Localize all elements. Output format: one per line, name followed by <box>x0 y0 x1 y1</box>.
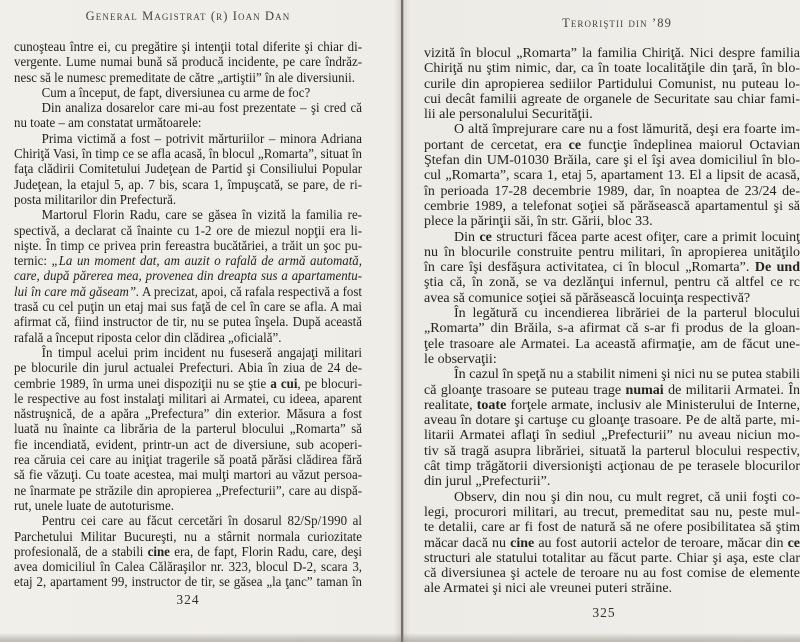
text-segment: cine <box>510 536 534 551</box>
text-segment: vergente. Lume numai bună să producă inc… <box>14 55 362 70</box>
text-line: Martorul Florin Radu, care se găsea în v… <box>14 208 362 223</box>
text-line-content: cât timp trăgătorii diversionişti acţion… <box>424 459 800 474</box>
text-line-content: năstruşnică, de a apăra „Prefectura” din… <box>14 407 362 422</box>
text-line: legi, procurori militari, au trecut, pre… <box>424 505 800 520</box>
text-segment: Martorul Florin Radu, care se găsea în v… <box>42 208 362 223</box>
text-segment: rafală a început riposta celor din clădi… <box>14 331 281 346</box>
text-line-content: vergente. Lume numai bună să producă inc… <box>14 55 362 70</box>
text-segment: În legătură cu incendierea librăriei de … <box>454 306 800 321</box>
text-line-content: nişte. În timp ce privea prin fereastra … <box>14 239 362 254</box>
text-segment: ternic: <box>14 254 52 269</box>
text-line-content: ţele trasoare ale Armatei. La această af… <box>424 337 800 352</box>
text-line-content: Cum a început, de fapt, diversiunea cu a… <box>42 86 311 101</box>
text-line: faţa clădirii Comitetului Judeţean de Pa… <box>14 162 362 177</box>
text-line: năstruşnică, de a apăra „Prefectura” din… <box>14 407 362 422</box>
text-segment: te detalii, care ar fi fost de natură să… <box>424 520 800 535</box>
text-line-content: cunoşteau între ei, cu pregătire şi inte… <box>14 40 362 55</box>
text-line: cul „Romarta”, scara 1, etaj 5, apartame… <box>424 168 800 183</box>
text-line-content: ale Armatei şi nici ale vreunei puteri s… <box>424 581 672 596</box>
text-segment: le observaţii: <box>424 352 497 367</box>
text-line-content: În timpul acelui prim incident nu fusese… <box>42 346 362 361</box>
text-segment: structuri ale statului totalitar au făcu… <box>424 551 800 566</box>
text-segment: rut, unele luate de autoturisme. <box>14 499 174 514</box>
text-line-content: ne înarmate pe străzile din apropierea „… <box>14 484 362 499</box>
text-segment: A precizat, apoi, că rafala respectivă a… <box>139 285 362 300</box>
text-line-content: le respective au fost instalaţi militari… <box>14 392 362 407</box>
text-segment: ce <box>788 536 800 551</box>
text-line: Observ, din nou şi din nou, cu mult regr… <box>424 490 800 505</box>
text-line: afirmat că, fiind instructor de tir, nu … <box>14 315 362 330</box>
book-scan: General Magistrat (r) Ioan Dan cunoşteau… <box>0 0 800 642</box>
text-segment: „La un moment dat, am auzit o rafală de … <box>52 254 362 269</box>
text-line: avea domiciliul în Calea Călăraşilor nr.… <box>14 560 362 575</box>
text-line-content: spectivă, a declarat că înainte cu 1-2 o… <box>14 224 362 239</box>
text-line-content: în care îşi desfăşura activitatea, ci în… <box>424 260 800 275</box>
text-line: avea să comunice soţiei să părăsească lo… <box>424 291 800 306</box>
text-line: te detalii, care ar fi fost de natură să… <box>424 520 800 535</box>
text-segment: plece la părinţii săi, în str. Gării, bl… <box>424 214 653 229</box>
text-line-content: Chiriţă nu ştim nimic, dar, ca în toate … <box>424 61 800 76</box>
text-segment: cembrie 1989, în urma unei dispoziţii nu… <box>14 377 270 392</box>
text-line-content: că gloanţe trasoare se puteau trage numa… <box>424 383 800 398</box>
text-line: aveau în dotare şi cartuşe cu gloanţe tr… <box>424 413 800 428</box>
text-line-content: Din ce structuri făcea parte acest ofiţe… <box>454 230 800 245</box>
text-line-content: Observ, din nou şi din nou, cu mult regr… <box>454 490 800 505</box>
text-segment: în care îşi desfăşura activitatea, ci în… <box>424 260 755 275</box>
text-line-content: litarii Armatei aflaţi în sediul „Prefec… <box>424 428 800 443</box>
text-segment: Judeţean, la etajul 5, ap. 7 bis, scara … <box>14 178 362 193</box>
text-line-content: cembrie 1989, a telefonat soţiei să pără… <box>424 199 800 214</box>
text-segment: cunoşteau între ei, cu pregătire şi inte… <box>14 40 362 55</box>
text-line-content: din jurul „Prefecturii”. <box>424 474 550 489</box>
text-line: Ştefan din UM-01030 Brăila, care şi el î… <box>424 153 800 168</box>
text-line: tiv să tragă asupra librăriei, situată l… <box>424 444 800 459</box>
text-segment: ce <box>569 138 581 153</box>
text-line: „Romarta” din Brăila, s-a afirmat că s-a… <box>424 321 800 336</box>
text-line: ne înarmate pe străzile din apropierea „… <box>14 484 362 499</box>
text-segment: pe blocurile din jurul actualei Prefectu… <box>14 361 362 376</box>
text-line: Din ce structuri făcea parte acest ofiţe… <box>424 230 800 245</box>
text-segment: avea domiciliul în Calea Călăraşilor nr.… <box>14 560 362 575</box>
text-line: care, după părerea mea, provenea din dre… <box>14 269 362 284</box>
text-segment: „Romarta” din Brăila, s-a afirmat că s-a… <box>424 321 800 336</box>
text-line-content: lii ale personalului Securităţii. <box>424 107 593 122</box>
text-line: cembrie 1989, în urma unei dispoziţii nu… <box>14 377 362 392</box>
text-segment: din jurul „Prefecturii”. <box>424 474 550 489</box>
text-line-content: faţa clădirii Comitetului Judeţean de Pa… <box>14 162 362 177</box>
text-line-content: avea să comunice soţiei să părăsească lo… <box>424 291 750 306</box>
text-line-content: rut, unele luate de autoturisme. <box>14 499 174 514</box>
text-segment: ştia că, în zonă, se va dezlănţui infern… <box>424 275 800 290</box>
text-line-content: Ştefan din UM-01030 Brăila, care şi el î… <box>424 153 800 168</box>
text-line: Judeţean, la etajul 5, ap. 7 bis, scara … <box>14 178 362 193</box>
text-segment: structuri făcea parte acest ofiţer, care… <box>492 230 800 245</box>
text-line: nesc să le numesc premeditate de către „… <box>14 71 362 86</box>
text-line: Parchetului Militar Bucureşti, nu a stâr… <box>14 530 362 545</box>
text-segment: nesc să le numesc premeditate de către „… <box>14 71 355 86</box>
text-line: portant de cercetat, era ce funcţie înde… <box>424 138 800 153</box>
text-line-content: cui decât familii agreate de organele de… <box>424 92 800 107</box>
text-segment: Chiriţă Vasi, în timp ce se afla acasă, … <box>14 147 362 162</box>
left-page-header: General Magistrat (r) Ioan Dan <box>14 9 362 24</box>
text-segment: Din analiza dosarelor care mi-au fost pr… <box>42 101 362 116</box>
text-line-content: În cazul în speţă nu a stabilit nimeni ş… <box>454 367 800 382</box>
text-segment: funcţie îndeplinea maiorul Octavian <box>581 138 800 153</box>
text-segment: litarii Armatei aflaţi în sediul „Prefec… <box>424 428 800 443</box>
text-line: nu în blocurile construite pentru milita… <box>424 245 800 260</box>
text-line: plece la părinţii săi, în str. Gării, bl… <box>424 214 800 229</box>
text-segment: În timpul acelui prim incident nu fusese… <box>42 346 362 361</box>
text-line-content: Parchetului Militar Bucureşti, nu a stâr… <box>14 530 362 545</box>
text-segment: au fost autorii actelor de teroare, măca… <box>534 536 787 551</box>
text-line: În timpul acelui prim incident nu fusese… <box>14 346 362 361</box>
text-segment: lui în care mă găseam”. <box>14 285 139 300</box>
text-segment: avea să comunice soţiei să părăsească lo… <box>424 291 750 306</box>
text-line: ţele trasoare ale Armatei. La această af… <box>424 337 800 352</box>
left-page-text: cunoşteau între ei, cu pregătire şi inte… <box>14 40 362 591</box>
text-segment: trasă cu cel puţin un etaj mai sus faţă … <box>14 300 362 315</box>
text-segment: Observ, din nou şi din nou, cu mult regr… <box>454 490 800 505</box>
text-segment: că gloanţe trasoare se puteau trage <box>424 383 626 398</box>
text-line: le observaţii: <box>424 352 800 367</box>
text-segment: , pe blocuri- <box>297 377 362 392</box>
text-segment: ne înarmate pe străzile din apropierea „… <box>14 484 362 499</box>
text-segment: tiv să tragă asupra librăriei, situată l… <box>424 444 800 459</box>
text-segment: ce <box>479 230 491 245</box>
text-line-content: realitate, toate forţele armate, inclusi… <box>424 398 800 413</box>
text-line-content: plece la părinţii săi, în str. Gării, bl… <box>424 214 653 229</box>
text-line-content: luată nu înainte ca librăria de la parte… <box>14 422 362 437</box>
text-line-content: afirmat că, fiind instructor de tir, nu … <box>14 315 362 330</box>
text-line: profesională, de a stabili cine era, de … <box>14 545 362 560</box>
text-segment: curile din apropierea sediilor Partidulu… <box>424 77 800 92</box>
text-segment: nu în blocurile construite pentru milita… <box>424 245 800 260</box>
text-line-content: Din analiza dosarelor care mi-au fost pr… <box>42 101 362 116</box>
text-line-content: rafală a început riposta celor din clădi… <box>14 331 281 346</box>
text-segment: ţele trasoare ale Armatei. La această af… <box>424 337 800 352</box>
text-segment: De und <box>755 260 800 275</box>
text-segment: forţele armate, inclusiv ale Ministerulu… <box>506 398 800 413</box>
text-line: le respective au fost instalaţi militari… <box>14 392 362 407</box>
text-line-content: posta militarilor din Prefectură. <box>14 193 176 208</box>
text-line-content: vizită în blocul „Romarta” la familia Ch… <box>424 46 800 61</box>
text-line-content: nesc să le numesc premeditate de către „… <box>14 71 355 86</box>
text-line-content: lui în care mă găseam”. A precizat, apoi… <box>14 285 362 300</box>
text-segment: nişte. În timp ce privea prin fereastra … <box>14 239 362 254</box>
text-line: cât timp trăgătorii diversionişti acţion… <box>424 459 800 474</box>
text-segment: posta militarilor din Prefectură. <box>14 193 176 208</box>
text-line: cunoşteau între ei, cu pregătire şi inte… <box>14 40 362 55</box>
text-line: nu toate – am constatat următoarele: <box>14 116 362 131</box>
text-line: Chiriţă nu ştim nimic, dar, ca în toate … <box>424 61 800 76</box>
text-line: ternic: „La un moment dat, am auzit o ra… <box>14 254 362 269</box>
text-line-content: Pentru cei care au făcut cercetări în do… <box>42 514 362 529</box>
text-line-content: te detalii, care ar fi fost de natură să… <box>424 520 800 535</box>
text-line: rut, unele luate de autoturisme. <box>14 499 362 514</box>
text-line: lui în care mă găseam”. A precizat, apoi… <box>14 285 362 300</box>
text-line: rafală a început riposta celor din clădi… <box>14 331 362 346</box>
text-segment: Ştefan din UM-01030 Brăila, care şi el î… <box>424 153 800 168</box>
text-segment: lii ale personalului Securităţii. <box>424 107 593 122</box>
text-segment: în perioada 17-28 decembrie 1989, dar, î… <box>424 184 800 199</box>
text-line-content: Chiriţă Vasi, în timp ce se afla acasă, … <box>14 147 362 162</box>
text-line: cembrie 1989, a telefonat soţiei să pără… <box>424 199 800 214</box>
text-line: Prima victimă a fost – potrivit mărturii… <box>14 132 362 147</box>
text-line-content: O altă împrejurare care nu a fost lămuri… <box>454 122 800 137</box>
left-page-number: 324 <box>14 592 362 608</box>
text-line: posta militarilor din Prefectură. <box>14 193 362 208</box>
text-segment: etaj 2, apartament 99, instructor de tir… <box>14 575 362 590</box>
text-segment: Prima victimă a fost – potrivit mărturii… <box>42 132 362 147</box>
right-page-header: Teroriştii din ’89 <box>424 16 784 31</box>
text-line: fie incendiată, evident, printr-un act d… <box>14 438 362 453</box>
text-line: să fie văzuţi. Cu toate acestea, mai mul… <box>14 468 362 483</box>
text-segment: cul „Romarta”, scara 1, etaj 5, apartame… <box>424 168 800 183</box>
text-line-content: le observaţii: <box>424 352 497 367</box>
text-line: Chiriţă Vasi, în timp ce se afla acasă, … <box>14 147 362 162</box>
text-segment: vizită în blocul „Romarta” la familia Ch… <box>424 46 800 61</box>
text-segment: fie incendiată, evident, printr-un act d… <box>14 438 362 453</box>
text-line-content: cul „Romarta”, scara 1, etaj 5, apartame… <box>424 168 800 183</box>
text-line-content: trasă cu cel puţin un etaj mai sus faţă … <box>14 300 362 315</box>
text-line: că diversiunea şi actele de teroare nu a… <box>424 566 800 581</box>
text-line: realitate, toate forţele armate, inclusi… <box>424 398 800 413</box>
text-line-content: tiv să tragă asupra librăriei, situată l… <box>424 444 800 459</box>
text-line-content: ştia că, în zonă, se va dezlănţui infern… <box>424 275 800 290</box>
text-segment: profesională, de a stabili <box>14 545 148 560</box>
text-line-content: cembrie 1989, în urma unei dispoziţii nu… <box>14 377 362 392</box>
text-segment: a cui <box>270 377 297 392</box>
text-line: trasă cu cel puţin un etaj mai sus faţă … <box>14 300 362 315</box>
text-segment: le respective au fost instalaţi militari… <box>14 392 362 407</box>
text-line: nişte. În timp ce privea prin fereastra … <box>14 239 362 254</box>
text-line: rea căruia cei care au iniţiat tragerile… <box>14 453 362 468</box>
text-line: cui decât familii agreate de organele de… <box>424 92 800 107</box>
text-line-content: să fie văzuţi. Cu toate acestea, mai mul… <box>14 468 362 483</box>
text-line-content: ternic: „La un moment dat, am auzit o ra… <box>14 254 362 269</box>
right-page-text: vizită în blocul „Romarta” la familia Ch… <box>424 46 800 597</box>
text-segment: Pentru cei care au făcut cercetări în do… <box>42 514 362 529</box>
page-gutter <box>394 0 410 642</box>
text-segment: măcar dacă nu <box>424 536 510 551</box>
text-segment: spectivă, a declarat că înainte cu 1-2 o… <box>14 224 362 239</box>
text-segment: era, de fapt, Florin Radu, care, deşi <box>170 545 362 560</box>
text-line-content: Prima victimă a fost – potrivit mărturii… <box>42 132 362 147</box>
text-segment: Parchetului Militar Bucureşti, nu a stâr… <box>14 530 362 545</box>
text-segment: aveau în dotare şi cartuşe cu gloanţe tr… <box>424 413 800 428</box>
text-line: curile din apropierea sediilor Partidulu… <box>424 77 800 92</box>
text-segment: că diversiunea şi actele de teroare nu a… <box>424 566 800 581</box>
text-segment: Din <box>454 230 479 245</box>
text-line-content: măcar dacă nu cine au fost autorii actel… <box>424 536 800 551</box>
text-segment: realitate, <box>424 398 477 413</box>
text-line: vergente. Lume numai bună să producă inc… <box>14 55 362 70</box>
text-line-content: etaj 2, apartament 99, instructor de tir… <box>14 575 362 590</box>
text-line: din jurul „Prefecturii”. <box>424 474 800 489</box>
text-segment: portant de cercetat, era <box>424 138 569 153</box>
right-page-number: 325 <box>424 605 784 621</box>
text-segment: afirmat că, fiind instructor de tir, nu … <box>14 315 362 330</box>
text-segment: faţa clădirii Comitetului Judeţean de Pa… <box>14 162 362 177</box>
text-segment: Chiriţă nu ştim nimic, dar, ca în toate … <box>424 61 800 76</box>
text-segment: cembrie 1989, a telefonat soţiei să pără… <box>424 199 800 214</box>
text-line-content: fie incendiată, evident, printr-un act d… <box>14 438 362 453</box>
text-line-content: avea domiciliul în Calea Călăraşilor nr.… <box>14 560 362 575</box>
text-segment: luată nu înainte ca librăria de la parte… <box>14 422 362 437</box>
text-segment: cât timp trăgătorii diversionişti acţion… <box>424 459 800 474</box>
text-segment: rea căruia cei care au iniţiat tragerile… <box>14 453 362 468</box>
text-line-content: legi, procurori militari, au trecut, pre… <box>424 505 800 520</box>
text-line: luată nu înainte ca librăria de la parte… <box>14 422 362 437</box>
text-line: Pentru cei care au făcut cercetări în do… <box>14 514 362 529</box>
text-line-content: în perioada 17-28 decembrie 1989, dar, î… <box>424 184 800 199</box>
text-segment: de militarii Armatei. În <box>664 383 800 398</box>
text-line: O altă împrejurare care nu a fost lămuri… <box>424 122 800 137</box>
text-line-content: profesională, de a stabili cine era, de … <box>14 545 362 560</box>
text-segment: năstruşnică, de a apăra „Prefectura” din… <box>14 407 362 422</box>
text-line-content: În legătură cu incendierea librăriei de … <box>454 306 800 321</box>
text-line-content: că diversiunea şi actele de teroare nu a… <box>424 566 800 581</box>
text-segment: care, după părerea mea, provenea din dre… <box>14 269 362 284</box>
text-line: structuri ale statului totalitar au făcu… <box>424 551 800 566</box>
scan-bottom-edge <box>0 633 800 642</box>
text-line-content: structuri ale statului totalitar au făcu… <box>424 551 800 566</box>
text-line: ştia că, în zonă, se va dezlănţui infern… <box>424 275 800 290</box>
text-segment: să fie văzuţi. Cu toate acestea, mai mul… <box>14 468 362 483</box>
text-line: lii ale personalului Securităţii. <box>424 107 800 122</box>
text-line: etaj 2, apartament 99, instructor de tir… <box>14 575 362 590</box>
text-line: în care îşi desfăşura activitatea, ci în… <box>424 260 800 275</box>
text-segment: nu toate – am constatat următoarele: <box>14 116 202 131</box>
text-line-content: rea căruia cei care au iniţiat tragerile… <box>14 453 362 468</box>
text-line: măcar dacă nu cine au fost autorii actel… <box>424 536 800 551</box>
text-line-content: pe blocurile din jurul actualei Prefectu… <box>14 361 362 376</box>
text-line: ale Armatei şi nici ale vreunei puteri s… <box>424 581 800 596</box>
text-segment: În cazul în speţă nu a stabilit nimeni ş… <box>454 367 800 382</box>
text-line-content: curile din apropierea sediilor Partidulu… <box>424 77 800 92</box>
text-segment: cui decât familii agreate de organele de… <box>424 92 800 107</box>
text-segment: legi, procurori militari, au trecut, pre… <box>424 505 800 520</box>
text-segment: numai <box>626 383 664 398</box>
text-line: litarii Armatei aflaţi în sediul „Prefec… <box>424 428 800 443</box>
text-line: Din analiza dosarelor care mi-au fost pr… <box>14 101 362 116</box>
text-line-content: nu în blocurile construite pentru milita… <box>424 245 800 260</box>
text-line-content: Martorul Florin Radu, care se găsea în v… <box>42 208 362 223</box>
right-page: Teroriştii din ’89 vizită în blocul „Rom… <box>400 0 800 642</box>
text-line-content: Judeţean, la etajul 5, ap. 7 bis, scara … <box>14 178 362 193</box>
text-line: spectivă, a declarat că înainte cu 1-2 o… <box>14 224 362 239</box>
text-segment: toate <box>477 398 507 413</box>
text-line: că gloanţe trasoare se puteau trage numa… <box>424 383 800 398</box>
text-segment: O altă împrejurare care nu a fost lămuri… <box>454 122 800 137</box>
text-line-content: care, după părerea mea, provenea din dre… <box>14 269 362 284</box>
text-segment: cine <box>148 545 170 560</box>
text-line: Cum a început, de fapt, diversiunea cu a… <box>14 86 362 101</box>
text-line-content: nu toate – am constatat următoarele: <box>14 116 202 131</box>
text-segment: Cum a început, de fapt, diversiunea cu a… <box>42 86 311 101</box>
text-line: În legătură cu incendierea librăriei de … <box>424 306 800 321</box>
left-page: General Magistrat (r) Ioan Dan cunoşteau… <box>0 0 400 642</box>
text-line: vizită în blocul „Romarta” la familia Ch… <box>424 46 800 61</box>
text-line-content: portant de cercetat, era ce funcţie înde… <box>424 138 800 153</box>
text-line-content: aveau în dotare şi cartuşe cu gloanţe tr… <box>424 413 800 428</box>
text-line: În cazul în speţă nu a stabilit nimeni ş… <box>424 367 800 382</box>
text-line-content: „Romarta” din Brăila, s-a afirmat că s-a… <box>424 321 800 336</box>
text-line: în perioada 17-28 decembrie 1989, dar, î… <box>424 184 800 199</box>
text-line: pe blocurile din jurul actualei Prefectu… <box>14 361 362 376</box>
text-segment: ale Armatei şi nici ale vreunei puteri s… <box>424 581 672 596</box>
